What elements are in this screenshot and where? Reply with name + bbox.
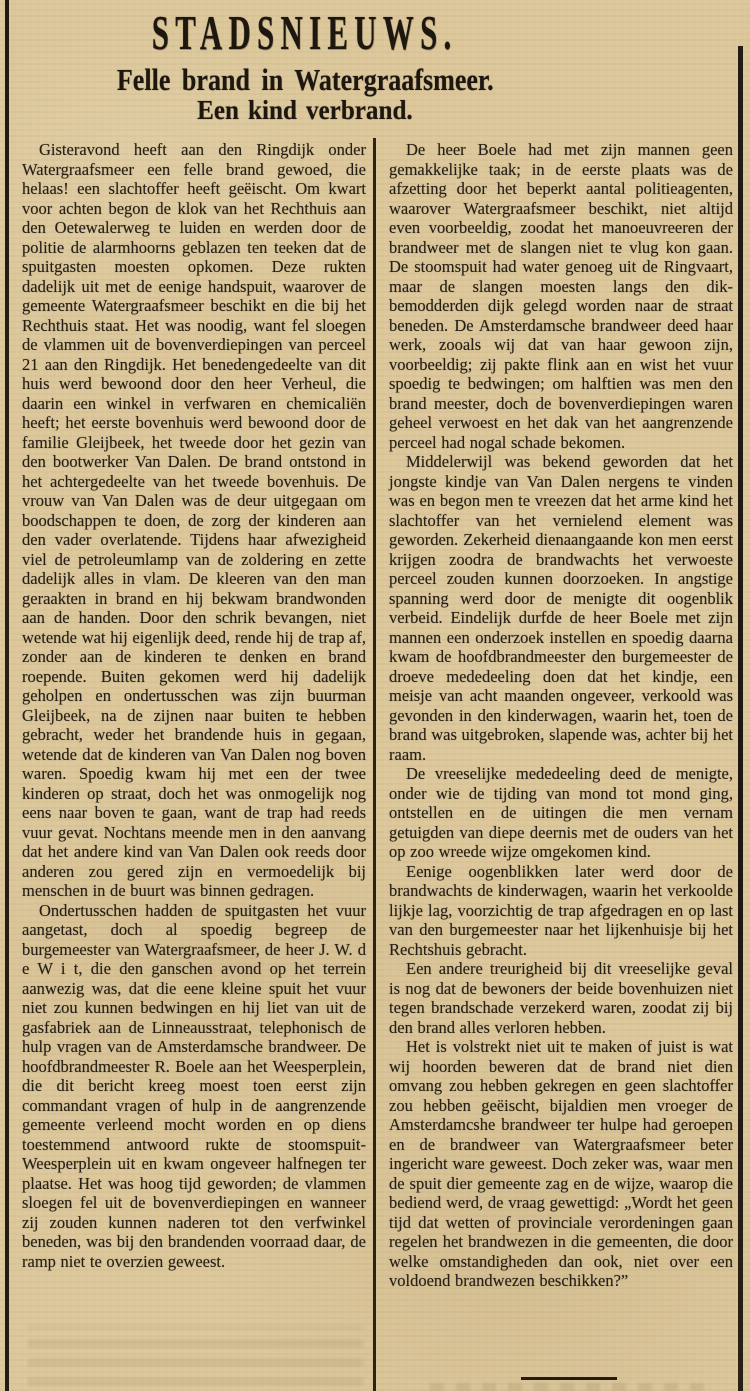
article-paragraph: Gisteravond heeft aan den Ringdijk onder… — [22, 140, 366, 901]
headline: Felle brand in Watergraafsmeer. — [0, 63, 610, 96]
section-title: STADSNIEUWS. — [152, 6, 458, 60]
article-paragraph: Ondertusschen hadden de spuitgasten het … — [22, 901, 366, 1272]
article-paragraph: De heer Boele had met zijn mannen geen g… — [389, 140, 733, 452]
article-paragraph: Een andere treurigheid bij dit vreeselij… — [389, 959, 733, 1037]
right-column: De heer Boele had met zijn mannen geen g… — [389, 140, 733, 1291]
article-header: STADSNIEUWS. Felle brand in Watergraafsm… — [0, 0, 750, 125]
left-page-edge-rule — [5, 0, 9, 1391]
left-column: Gisteravond heeft aan den Ringdijk onder… — [22, 140, 366, 1271]
headline-text: Felle brand in Watergraafsmeer. — [117, 63, 494, 96]
ink-bleedthrough-smudge — [28, 1326, 363, 1386]
newspaper-scan: { "article": { "section_title": "STADSNI… — [0, 0, 750, 1391]
subheadline-text: Een kind verbrand. — [197, 96, 413, 125]
right-page-edge-rule — [738, 46, 743, 1391]
article-paragraph: Eenige oogenblikken later werd door de b… — [389, 862, 733, 960]
article-paragraph: Middelerwijl was bekend geworden dat het… — [389, 452, 733, 764]
article-paragraph: De vreeselijke mededeeling deed de menig… — [389, 764, 733, 862]
article-paragraph: Het is volstrekt niet uit te maken of ju… — [389, 1037, 733, 1291]
column-divider-rule — [373, 138, 376, 1391]
ink-bleedthrough-smudge — [430, 1383, 710, 1391]
article-end-rule — [521, 1377, 617, 1380]
subheadline: Een kind verbrand. — [0, 96, 610, 125]
